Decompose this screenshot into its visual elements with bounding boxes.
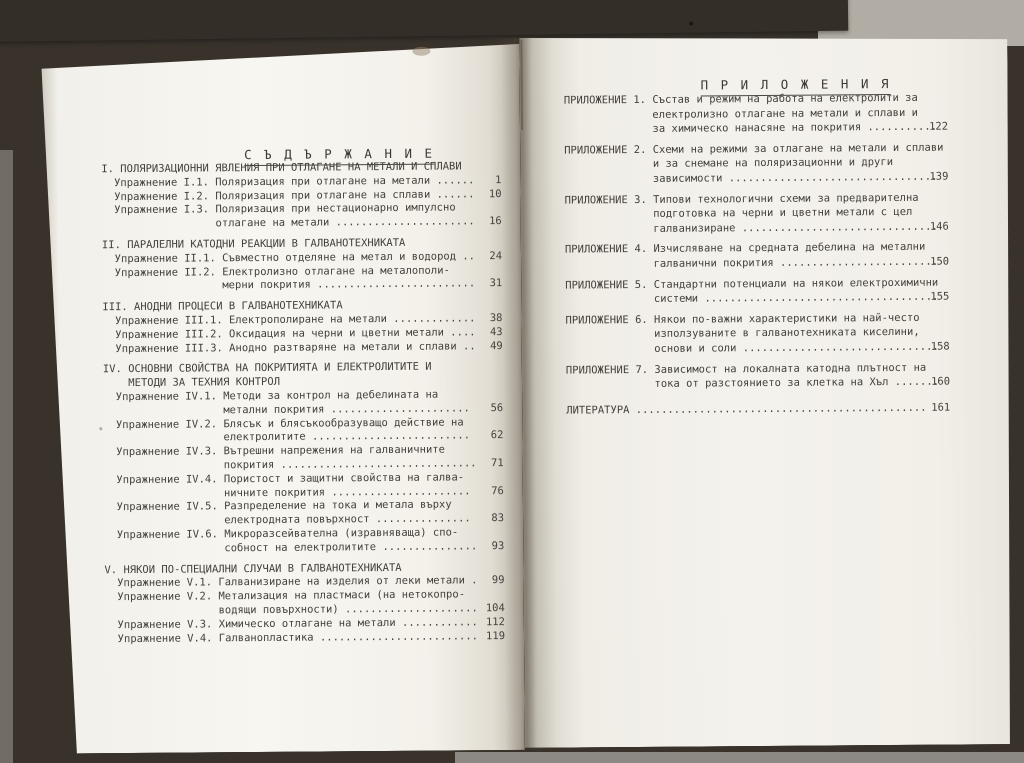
appendix-entry-line: галванизиране ..........................…: [565, 219, 949, 237]
entry-text: Галванизиране на изделия от леки метали …: [218, 575, 477, 589]
entry-text: Вътрешни напрежения на галваничните: [224, 444, 445, 458]
entry-page-number: 150: [915, 255, 949, 270]
entry-label: ПРИЛОЖЕНИЕ 4.: [565, 243, 647, 256]
entry-label: ЛИТЕРАТУРА: [566, 404, 629, 416]
section-heading-text: I. ПОЛЯРИЗАЦИОННИ ЯВЛЕНИЯ ПРИ ОТЛАГАНЕ Н…: [101, 160, 461, 175]
toc-section: III. АНОДНИ ПРОЦЕСИ В ГАЛВАНОТЕХНИКАТАУп…: [102, 298, 502, 356]
entry-text: мерни покрития .........................: [222, 278, 475, 292]
section-heading-text: III. АНОДНИ ПРОЦЕСИ В ГАЛВАНОТЕХНИКАТА: [102, 300, 342, 314]
entry-label: Упражнение II.2.: [115, 266, 216, 279]
entry-text: галванични покрития ....................…: [654, 256, 939, 270]
entry-page-number: 71: [470, 457, 504, 471]
appendix-list: ПРИЛОЖЕНИЕ 1.Състав и режим на работа на…: [564, 91, 951, 418]
entry-page-number: 139: [914, 170, 948, 185]
appendix-entry: ПРИЛОЖЕНИЕ 2.Схеми на режими за отлагане…: [564, 140, 948, 187]
appendix-entry: ПРИЛОЖЕНИЕ 5.Стандартни потенциали на ня…: [565, 275, 949, 307]
entry-page-number: 43: [469, 326, 503, 340]
appendix-entry: ПРИЛОЖЕНИЕ 3.Типови технологични схеми з…: [565, 190, 949, 237]
entry-text: галванизиране ..........................…: [653, 220, 938, 234]
entry-text: Електрополиране на метали .............: [229, 312, 476, 326]
literature-entry: ЛИТЕРАТУРА..............................…: [566, 400, 950, 418]
entry-page-number: 31: [468, 277, 502, 291]
entry-label: Упражнение IV.6.: [117, 528, 218, 541]
entry-page-number: 99: [471, 574, 505, 588]
entry-text: Поляризация при отлагане на метали .....…: [215, 174, 474, 188]
scanner-edge-left: [0, 150, 13, 763]
appendix-entry-line: зависимости ............................…: [564, 170, 948, 188]
entry-page-number: 56: [469, 402, 503, 416]
right-page: П Р И Л О Ж Е Н И Я ПРИЛОЖЕНИЕ 1.Състав …: [519, 34, 1013, 748]
entry-label: Упражнение III.1.: [115, 314, 223, 327]
entry-text: Метализация на пластмаси (на нетокопро-: [218, 588, 465, 602]
entry-label: Упражнение V.2.: [117, 590, 212, 603]
entry-text: използуваните в галванотехниката киселин…: [654, 326, 920, 340]
entry-text: собност на електролитите ...............: [224, 540, 477, 554]
scanner-edge-bottom: [455, 752, 1024, 763]
appendix-entry-line: системи ................................…: [565, 290, 949, 308]
entry-page-number: 93: [470, 540, 504, 554]
entry-text: Някои по-важни характеристики на най-чес…: [654, 312, 920, 326]
toc-entry-line: Упражнение V.4.Галванопластика .........…: [105, 630, 505, 647]
entry-label: ПРИЛОЖЕНИЕ 1.: [564, 94, 646, 107]
entry-text: ничните покрития ......................: [224, 485, 471, 499]
entry-label: Упражнение IV.3.: [116, 445, 217, 458]
entry-text: Поляризация при отлагане на сплави .....…: [215, 188, 474, 202]
entry-label: ПРИЛОЖЕНИЕ 6.: [565, 314, 647, 327]
entry-page-number: 62: [469, 429, 503, 443]
entry-page-number: 10: [467, 188, 501, 202]
entry-label: Упражнение IV.4.: [116, 473, 217, 486]
dot-leader: ........................................…: [636, 401, 927, 415]
entry-text: тока от разстоянието за клетка на Хъл ..…: [654, 376, 939, 390]
entry-page-number: 49: [469, 340, 503, 354]
entry-text: Оксидация на черни и цветни метали ....: [229, 326, 476, 340]
entry-text: Електролизно отлагане на металополи-: [222, 264, 450, 278]
section-heading-text: МЕТОДИ ЗА ТЕХНИЯ КОНТРОЛ: [103, 376, 280, 389]
appendix-entry: ПРИЛОЖЕНИЕ 6.Някои по-важни характеристи…: [565, 310, 949, 357]
entry-label: Упражнение III.3.: [115, 342, 223, 355]
entry-text: Пористост и защитни свойства на галва-: [224, 471, 464, 485]
entry-label: ПРИЛОЖЕНИЕ 2.: [564, 144, 646, 157]
entry-text: Зависимост на локалната катодна плътност…: [654, 361, 926, 375]
entry-page-number: 104: [471, 602, 505, 616]
entry-page-number: 16: [468, 215, 502, 229]
entry-label: Упражнение II.1.: [115, 252, 216, 265]
scan-speck: [99, 427, 102, 430]
entry-label: ПРИЛОЖЕНИЕ 5.: [565, 278, 647, 291]
entry-text: системи ................................…: [654, 291, 939, 305]
entry-text: и за снемане на поляризационни и други: [653, 156, 893, 170]
entry-text: Анодно разтваряне на метали и сплави ..: [229, 340, 476, 354]
entry-label: Упражнение I.1.: [114, 176, 209, 189]
toc-section: I. ПОЛЯРИЗАЦИОННИ ЯВЛЕНИЯ ПРИ ОТЛАГАНЕ Н…: [101, 160, 502, 232]
entry-text: Стандартни потенциали на някои електрохи…: [654, 276, 939, 290]
entry-page-number: 38: [468, 312, 502, 326]
entry-text: основи и соли ..........................…: [654, 341, 939, 355]
entry-text: Изчисляване на средната дебелина на мета…: [653, 241, 925, 255]
toc-section: II. ПАРАЛЕЛНИ КАТОДНИ РЕАКЦИИ В ГАЛВАНОТ…: [102, 236, 502, 294]
entry-text: Химическо отлагане на метали ...........…: [219, 616, 478, 630]
left-page: С Ъ Д Ъ Р Ж А Н И Е I. ПОЛЯРИЗАЦИОННИ ЯВ…: [41, 44, 525, 754]
entry-label: Упражнение I.3.: [114, 204, 209, 217]
entry-text: електродната повърхност ...............: [224, 512, 471, 526]
entry-text: подготовка на черни и цветни метали с це…: [653, 206, 912, 220]
entry-page-number: 161: [916, 400, 950, 415]
entry-text: Типови технологични схеми за предварител…: [653, 191, 919, 205]
entry-label: Упражнение IV.5.: [117, 501, 218, 514]
entry-page-number: 122: [914, 120, 948, 135]
entry-text: отлагане на метали .....................…: [215, 215, 474, 229]
entry-page-number: 160: [916, 375, 950, 390]
toc-entry-line: собност на електролитите ...............…: [104, 540, 504, 557]
toc-entry-line: Упражнение III.3.Анодно разтваряне на ме…: [103, 340, 503, 357]
appendix-entry: ПРИЛОЖЕНИЕ 4.Изчисляване на средната деб…: [565, 240, 949, 272]
entry-text: Схеми на режими за отлагане на метали и …: [653, 141, 944, 155]
entry-page-number: 119: [471, 630, 505, 644]
entry-text: Съвместно отделяне на метал и водород ..: [222, 250, 475, 264]
entry-label: Упражнение IV.1.: [116, 390, 217, 403]
entry-text: електролитите .........................: [223, 430, 470, 444]
appendix-entry: ПРИЛОЖЕНИЕ 7.Зависимост на локалната кат…: [566, 360, 950, 392]
entry-label: Упражнение III.2.: [115, 328, 223, 341]
entry-text: Методи за контрол на дебелината на: [223, 389, 438, 403]
entry-text: водящи повърхности) ....................…: [219, 602, 478, 616]
appendix-entry-line: основи и соли ..........................…: [566, 339, 950, 357]
entry-text: Поляризация при нестационарно импулсно: [215, 202, 455, 216]
book-cover-edge: [0, 0, 848, 42]
entry-page-number: 146: [915, 219, 949, 234]
entry-text: за химическо нанасяне на покрития ......…: [652, 121, 937, 135]
appendix-entry-line: за химическо нанасяне на покрития ......…: [564, 120, 948, 138]
book-scan: С Ъ Д Ъ Р Ж А Н И Е I. ПОЛЯРИЗАЦИОННИ ЯВ…: [0, 0, 1024, 763]
section-heading-text: II. ПАРАЛЕЛНИ КАТОДНИ РЕАКЦИИ В ГАЛВАНОТ…: [102, 237, 406, 251]
entry-page-number: 158: [916, 339, 950, 354]
entry-page-number: 24: [468, 250, 502, 264]
entry-text: електролизно отлагане на метали и сплави…: [652, 106, 918, 120]
entry-page-number: 76: [470, 485, 504, 499]
entry-label: Упражнение V.3.: [117, 618, 212, 631]
entry-page-number: 155: [915, 290, 949, 305]
toc-list: I. ПОЛЯРИЗАЦИОННИ ЯВЛЕНИЯ ПРИ ОТЛАГАНЕ Н…: [101, 160, 505, 646]
entry-text: Микроразсейвателна (изравняваща) спо-: [224, 526, 458, 540]
entry-text: Разпределение на тока и метала върху: [224, 499, 452, 513]
toc-entry-line: отлагане на метали .....................…: [102, 215, 502, 232]
appendix-entry-line: тока от разстоянието за клетка на Хъл ..…: [566, 375, 950, 393]
entry-text: Галванопластика ........................…: [219, 630, 478, 644]
entry-label: Упражнение V.4.: [118, 632, 213, 645]
toc-section: IV. ОСНОВНИ СВОЙСТВА НА ПОКРИТИЯТА И ЕЛЕ…: [103, 360, 505, 556]
entry-text: Състав и режим на работа на електролити …: [652, 92, 918, 106]
entry-text: метални покрития ......................: [223, 402, 470, 416]
entry-text: Блясък и блясъкообразуващо действие на: [223, 416, 463, 430]
entry-page-number: 112: [471, 616, 505, 630]
scan-speck: [689, 22, 693, 26]
entry-page-number: 83: [470, 512, 504, 526]
entry-text: покрития ...............................: [224, 457, 477, 471]
section-heading-text: V. НЯКОИ ПО-СПЕЦИАЛНИ СЛУЧАИ В ГАЛВАНОТЕ…: [104, 561, 401, 575]
entry-label: Упражнение I.2.: [114, 190, 209, 203]
appendix-entry: ПРИЛОЖЕНИЕ 1.Състав и режим на работа на…: [564, 91, 948, 138]
entry-label: Упражнение IV.2.: [116, 418, 217, 431]
toc-section: V. НЯКОИ ПО-СПЕЦИАЛНИ СЛУЧАИ В ГАЛВАНОТЕ…: [104, 561, 505, 647]
appendix-entry-line: галванични покрития ....................…: [565, 255, 949, 273]
entry-text: зависимости ............................…: [653, 171, 938, 185]
entry-label: ПРИЛОЖЕНИЕ 3.: [565, 194, 647, 207]
entry-label: Упражнение V.1.: [117, 577, 212, 590]
section-heading-text: IV. ОСНОВНИ СВОЙСТВА НА ПОКРИТИЯТА И ЕЛЕ…: [103, 361, 432, 376]
toc-entry-line: мерни покрития .........................…: [102, 277, 502, 294]
entry-page-number: 1: [467, 174, 501, 188]
entry-label: ПРИЛОЖЕНИЕ 7.: [566, 363, 648, 376]
